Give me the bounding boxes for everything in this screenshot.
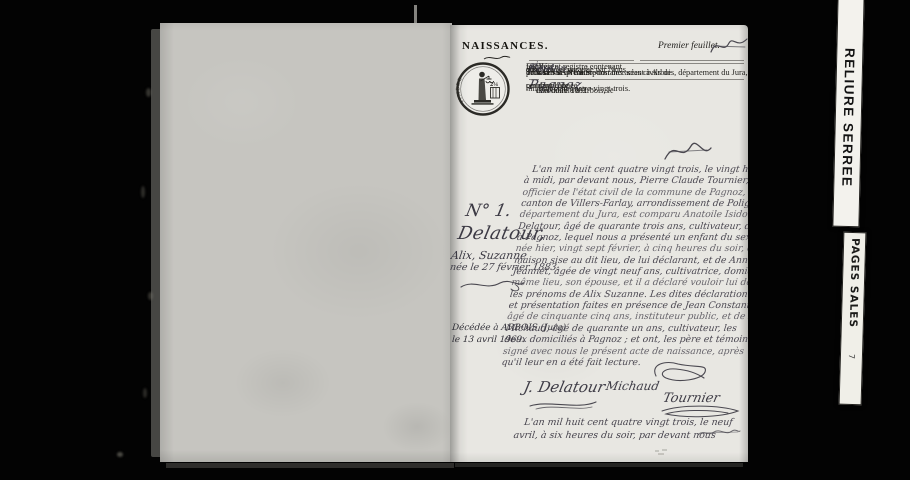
act-line: Jeannet, âgée de vingt neuf ans, cultiva… (512, 266, 737, 277)
judge-paraph-date (662, 137, 714, 165)
judge-paraph-top (708, 33, 748, 59)
act-line: deux domiciliés à Pagnoz ; et ont, les p… (504, 334, 729, 345)
archival-scan: NAISSANCES. Premier feuillet. TIMBRE 2¼ (0, 0, 910, 480)
page-edge-sliver (414, 5, 417, 23)
preamble-text: décembre 1882. (536, 84, 589, 97)
pages-sales-text: PAGES SALES (846, 238, 861, 328)
birth-act-text: L'an mil huit cent quatre vingt trois, l… (501, 164, 748, 368)
scan-speck (143, 388, 147, 398)
reliure-serree-text: RELIURE SERREE (839, 48, 857, 188)
scan-speck (141, 186, 145, 198)
fill-rule (640, 60, 745, 61)
left-page-bottom-edge (166, 463, 454, 468)
act-line: L'an mil huit cent quatre vingt trois, l… (525, 164, 748, 175)
signature-witness: Michaud (605, 379, 661, 393)
scan-speck (117, 452, 123, 457)
act-line: Delatour, âgé de quarante trois ans, cul… (518, 221, 743, 232)
left-blank-page (160, 23, 452, 462)
register-page: NAISSANCES. Premier feuillet. TIMBRE 2¼ (450, 25, 748, 462)
act-line: âgé de cinquante cinq ans, instituteur p… (507, 311, 732, 322)
act-line: et présentation faites en présence de Je… (508, 300, 733, 311)
act-line: même lieu, son épouse, et il a déclaré v… (511, 277, 736, 288)
act-number: N° 1. (464, 201, 513, 221)
act-line: officier de l'état civil de la commune d… (522, 187, 747, 198)
act-line: département du Jura, est comparu Anatoil… (519, 209, 744, 220)
stamp-denomination: 2¼ (490, 81, 498, 88)
page-title: NAISSANCES. (462, 40, 549, 52)
timbre-stamp-icon: TIMBRE 2¼ (455, 61, 511, 117)
act-line: les prénoms de Alix Suzanne. Les dites d… (509, 289, 734, 300)
signature-underline (528, 399, 598, 411)
faint-pencil-mark (652, 447, 674, 457)
act-line: née hier, vingt sept février, à cinq heu… (515, 243, 740, 254)
right-page-bottom-edge (455, 463, 743, 467)
act-line: à Pagnoz, lequel nous a présenté un enfa… (516, 232, 741, 243)
reliure-serree-label: RELIURE SERREE (832, 0, 864, 227)
pages-sales-label: PAGES SALES 7 (839, 232, 867, 406)
act-line: canton de Villers-Farlay, arrondissement… (520, 198, 745, 209)
act-line: maison sise au dit lieu, de lui déclaran… (513, 255, 738, 266)
printed-preamble: Le présent registre contenant six feuill… (526, 60, 747, 84)
illegible-scribble (696, 426, 742, 440)
signature-father: J. Delatour (522, 378, 607, 396)
act-line: à midi, par devant nous, Pierre Claude T… (523, 175, 748, 186)
act-line: Michaud, âgé de quarante un ans, cultiva… (505, 323, 730, 334)
pages-sales-note: 7 (847, 354, 856, 359)
